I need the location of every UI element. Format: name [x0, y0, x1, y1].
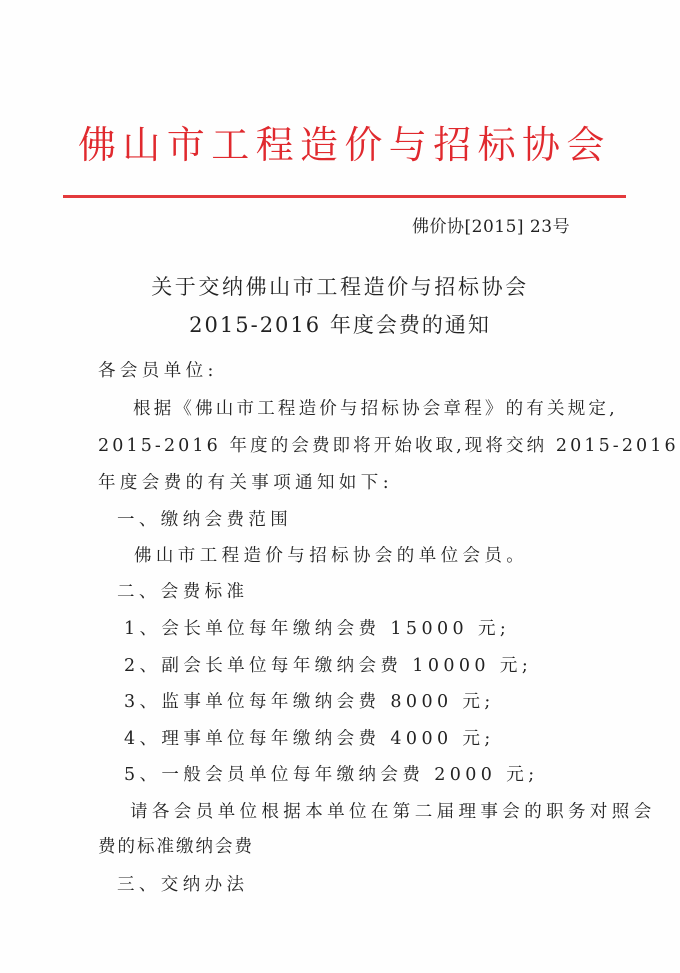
letterhead-red-rule	[63, 195, 626, 198]
section-3-heading: 三、交纳办法	[117, 872, 248, 898]
document-title-line-2: 2015-2016 年度会费的通知	[0, 306, 680, 344]
fee-item-4: 4、理事单位每年缴纳会费 4000 元;	[124, 726, 495, 752]
intro-line-2: 2015-2016 年度的会费即将开始收取,现将交纳 2015-2016	[98, 433, 679, 459]
document-title-line-1: 关于交纳佛山市工程造价与招标协会	[0, 268, 680, 306]
fee-item-3: 3、监事单位每年缴纳会费 8000 元;	[124, 689, 495, 715]
section-1-heading: 一、缴纳会费范围	[117, 507, 292, 533]
intro-line-1: 根据《佛山市工程造价与招标协会章程》的有关规定,	[133, 396, 618, 422]
section-2-heading: 二、会费标准	[117, 579, 248, 605]
document-number: 佛价协[2015] 23号	[412, 214, 570, 240]
intro-line-3: 年度会费的有关事项通知如下:	[98, 470, 393, 496]
section-2-note-line-1: 请各会员单位根据本单位在第二届理事会的职务对照会	[130, 799, 656, 825]
fee-item-1: 1、会长单位每年缴纳会费 15000 元;	[124, 616, 510, 642]
letterhead-org-name: 佛山市工程造价与招标协会	[78, 118, 618, 172]
section-1-text: 佛山市工程造价与招标协会的单位会员。	[134, 543, 528, 569]
salutation: 各会员单位:	[98, 358, 218, 384]
fee-item-5: 5、一般会员单位每年缴纳会费 2000 元;	[124, 762, 539, 788]
section-2-note-line-2: 费的标准缴纳会费	[98, 834, 254, 860]
fee-item-2: 2、副会长单位每年缴纳会费 10000 元;	[124, 653, 532, 679]
document-page: 佛山市工程造价与招标协会 佛价协[2015] 23号 关于交纳佛山市工程造价与招…	[0, 0, 680, 973]
